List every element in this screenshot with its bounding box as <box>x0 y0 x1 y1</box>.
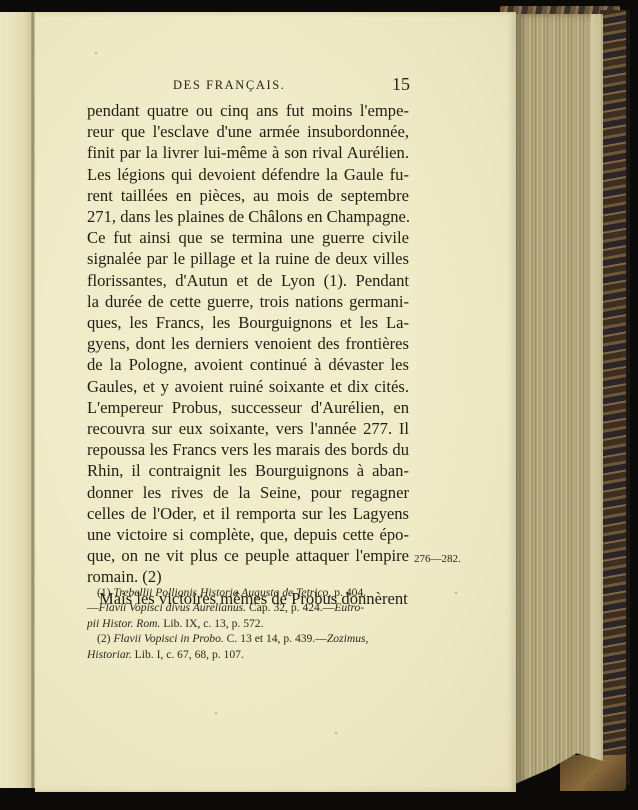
text-line: Les légions qui devoient défendre la Gau… <box>87 164 409 185</box>
citation-ref: , p. 404. <box>328 586 366 599</box>
citation-title: Flavii Vopisci divus Aurelianus. <box>99 601 247 614</box>
citation-title: pii Histor. Rom. <box>87 617 160 630</box>
paper-speck <box>455 592 457 594</box>
dash: — <box>87 601 99 614</box>
text-line: repoussa les Francs vers les marais des … <box>87 439 409 460</box>
footnote-1-line: pii Histor. Rom. Lib. IX, c. 13, p. 572. <box>87 616 417 631</box>
book-scan: DES FRANÇAIS. 15 pendant quatre ou cinq … <box>0 0 638 810</box>
footnotes: (1) Trebellii Pollionis Historia Augusta… <box>87 585 417 662</box>
citation-ref: Cap. 32, p. 424.— <box>246 601 334 614</box>
paper-speck <box>335 732 337 734</box>
citation-ref: C. 13 et 14, p. 439.— <box>224 632 327 645</box>
text-line: ques, les Francs, les Bourguignons et le… <box>87 312 409 333</box>
citation-title: Zozimus, <box>327 632 369 645</box>
paper-speck <box>95 52 97 54</box>
body-text: pendant quatre ou cinq ans fut moins l'e… <box>87 100 409 609</box>
running-head: DES FRANÇAIS. <box>173 78 286 93</box>
text-line: Ce fut ainsi que se termina une guerre c… <box>87 227 409 248</box>
text-line: L'empereur Probus, successeur d'Aurélien… <box>87 397 409 418</box>
footnote-1-line: —Flavii Vopisci divus Aurelianus. Cap. 3… <box>87 600 417 615</box>
text-line: gyens, dont les derniers venoient des fr… <box>87 333 409 354</box>
marbled-cover <box>600 10 630 785</box>
citation-ref: Lib. IX, c. 13, p. 572. <box>160 617 263 630</box>
footnote-2-line: Historiar. Lib. I, c. 67, 68, p. 107. <box>87 647 417 662</box>
text-line: finit par la livrer lui-même à son rival… <box>87 142 409 163</box>
text-line: la durée de cette guerre, trois nations … <box>87 291 409 312</box>
footnote-marker: (2) <box>97 632 111 645</box>
text-line: signalée par le pillage et la ruine de d… <box>87 248 409 269</box>
citation-ref: Lib. I, c. 67, 68, p. 107. <box>132 648 244 661</box>
citation-title: Historiar. <box>87 648 132 661</box>
margin-date-note: 276—282. <box>414 553 461 565</box>
cover-bottom-corner <box>560 755 626 791</box>
citation-title: Eutro- <box>334 601 364 614</box>
text-line: pendant quatre ou cinq ans fut moins l'e… <box>87 100 409 121</box>
text-line: rent taillées en pièces, au mois de sept… <box>87 185 409 206</box>
text-line: florissantes, d'Autun et de Lyon (1). Pe… <box>87 270 409 291</box>
text-line: que, on ne vit plus ce peuple attaquer l… <box>87 545 409 566</box>
page-fore-edge <box>515 14 603 784</box>
text-line: Rhin, il contraignit les Bourguignons à … <box>87 460 409 481</box>
text-line: Gaules, et y avoient ruiné soixante et d… <box>87 376 409 397</box>
footnote-1-line: (1) Trebellii Pollionis Historia Augusta… <box>87 585 417 600</box>
page-header: DES FRANÇAIS. 15 <box>35 78 516 98</box>
footnote-marker: (1) <box>97 586 111 599</box>
text-line: reur que l'esclave d'une armée insubordo… <box>87 121 409 142</box>
left-page-sliver <box>0 12 32 788</box>
text-line: recouvra sur eux soixante, vers l'année … <box>87 418 409 439</box>
text-line: donner les rives de la Seine, pour regag… <box>87 482 409 503</box>
text-line: celles de l'Oder, et il remporta sur les… <box>87 503 409 524</box>
citation-title: Flavii Vopisci in Probo. <box>113 632 223 645</box>
page-number: 15 <box>392 74 410 95</box>
text-line: de la Pologne, avoient continué à dévast… <box>87 354 409 375</box>
paper-speck <box>215 712 217 714</box>
citation-title: Trebellii Pollionis Historia Augusta de … <box>113 586 328 599</box>
footnote-2-line: (2) Flavii Vopisci in Probo. C. 13 et 14… <box>87 631 417 646</box>
text-line: une victoire si complète, que, depuis ce… <box>87 524 409 545</box>
text-line: 271, dans les plaines de Châlons en Cham… <box>87 206 409 227</box>
book-page: DES FRANÇAIS. 15 pendant quatre ou cinq … <box>35 12 516 792</box>
